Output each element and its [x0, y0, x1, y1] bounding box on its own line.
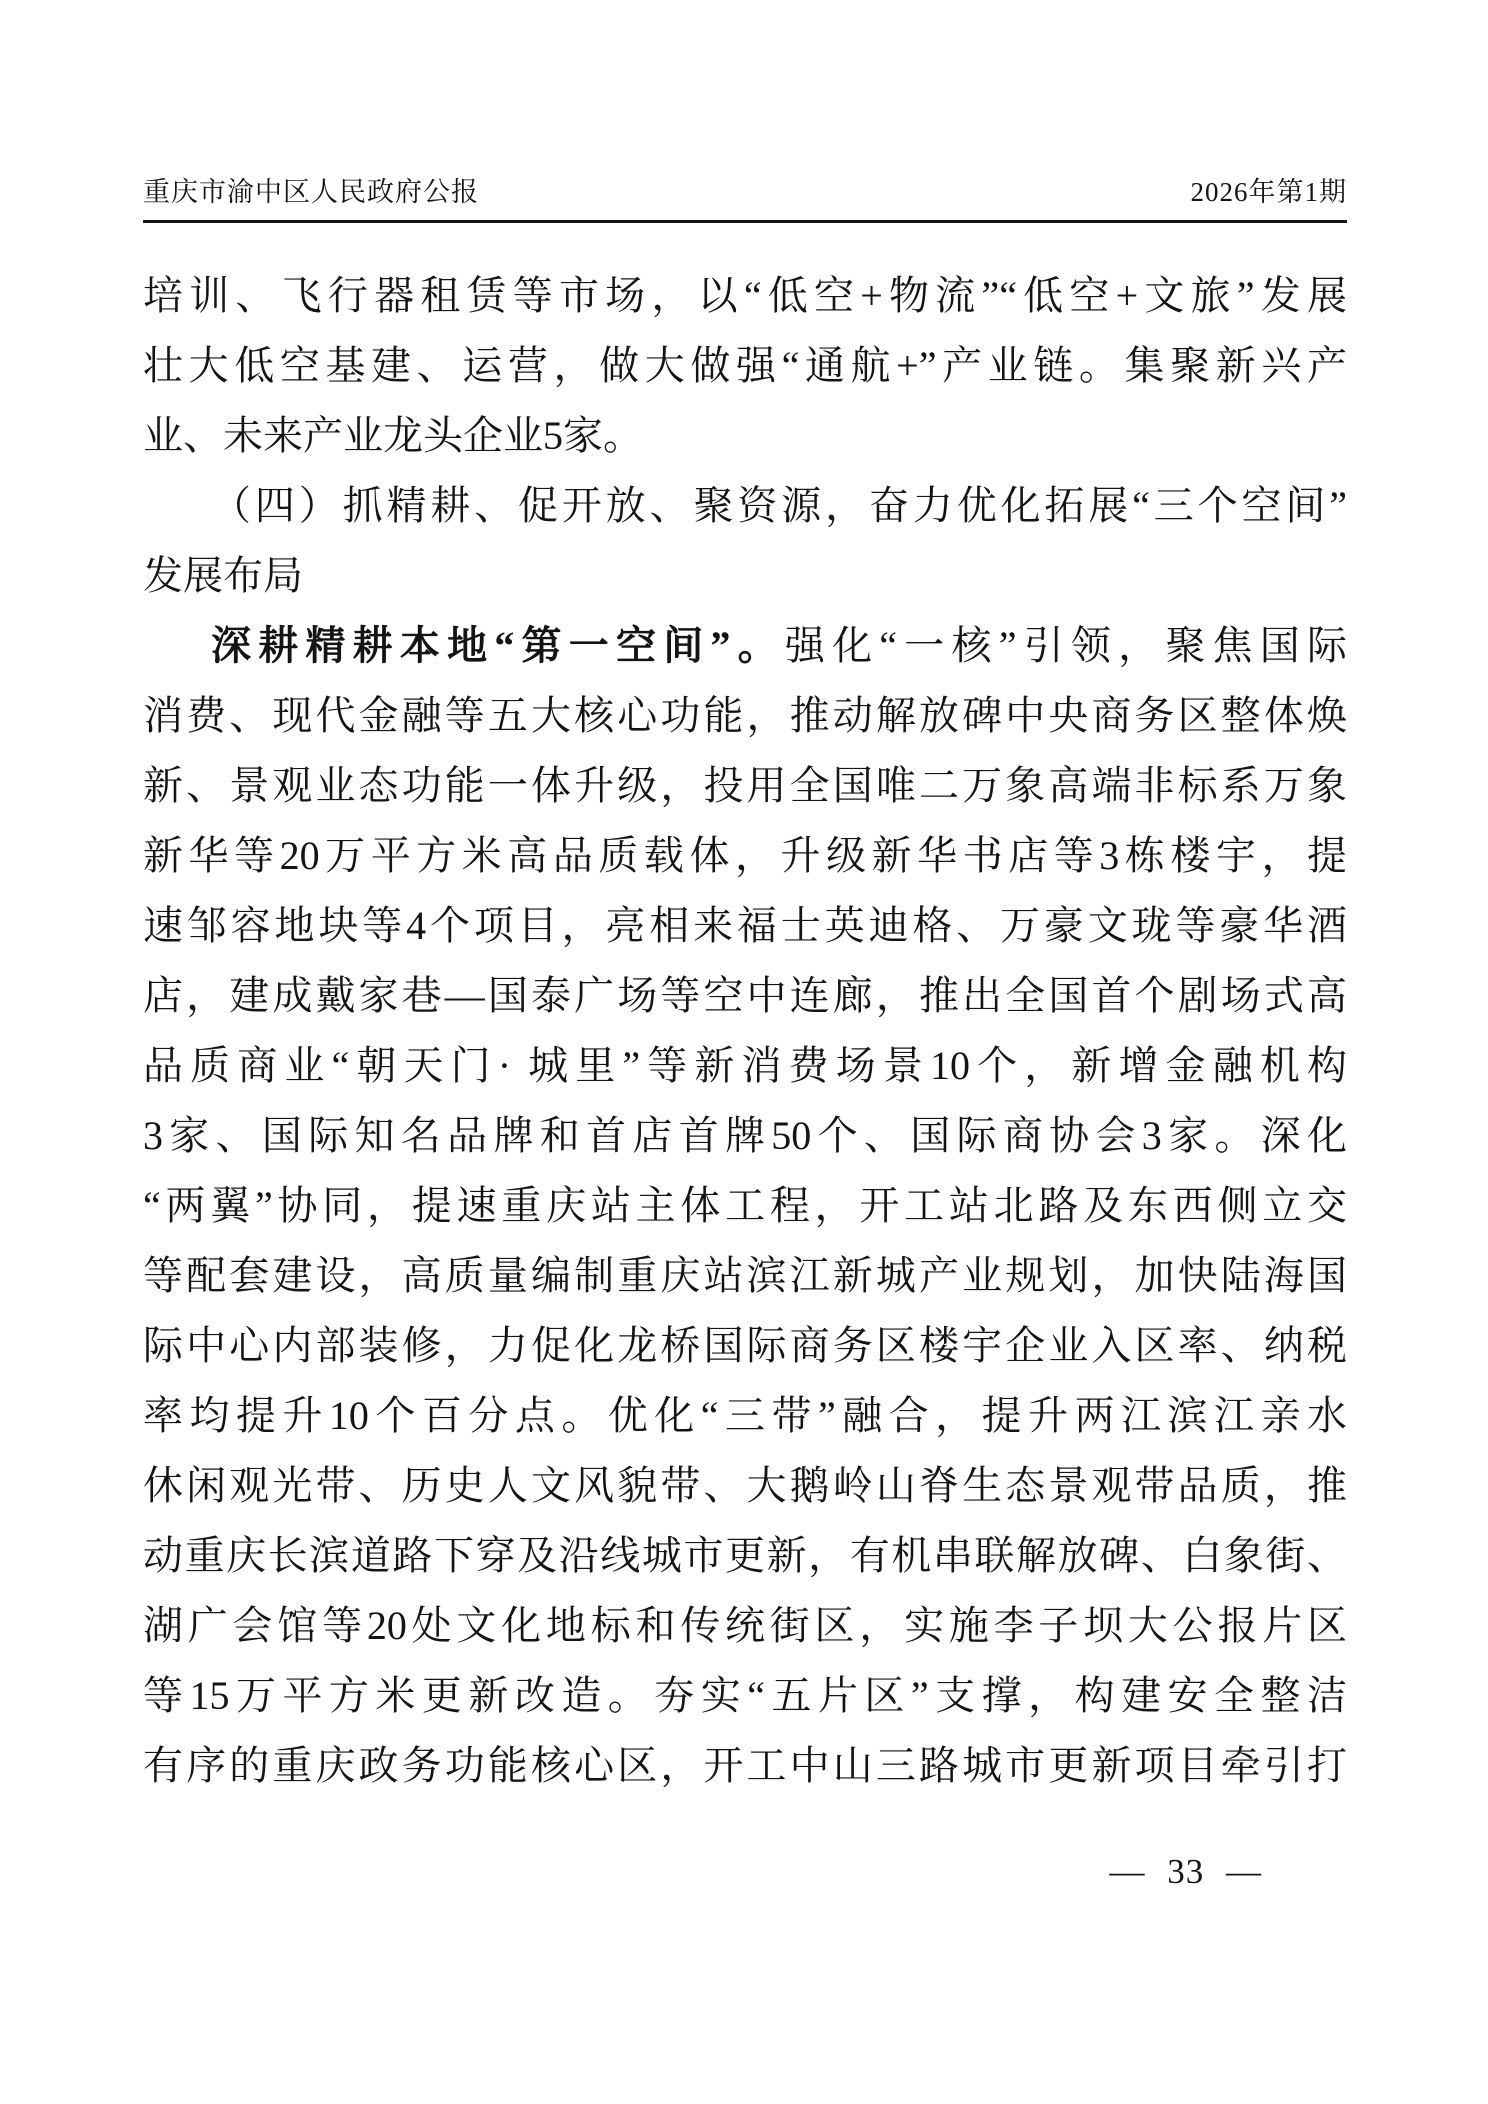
body-line: 际中心内部装修，力促化龙桥国际商务区楼宇企业入区率、纳税 [143, 1311, 1347, 1381]
body-line: 壮大低空基建、运营，做大做强“通航+”产业链。集聚新兴产 [143, 331, 1347, 401]
body-line-bold-lead: 深耕精耕本地“第一空间”。 [211, 623, 785, 668]
body-line: 新、景观业态功能一体升级，投用全国唯二万象高端非标系万象 [143, 751, 1347, 821]
body-line-section-heading: （四）抓精耕、促开放、聚资源，奋力优化拓展“三个空间” [143, 471, 1347, 541]
body-line-text: 强化“一核”引领，聚焦国际 [785, 623, 1347, 668]
header-publication-title: 重庆市渝中区人民政府公报 [143, 176, 479, 208]
body-line: 业、未来产业龙头企业5家。 [143, 401, 1347, 471]
header-issue-label: 2026年第1期 [1191, 176, 1348, 208]
body-line: 速邹容地块等4个项目，亮相来福士英迪格、万豪文珑等豪华酒 [143, 891, 1347, 961]
body-line: 3家、国际知名品牌和首店首牌50个、国际商协会3家。深化 [143, 1101, 1347, 1171]
body-line: 有序的重庆政务功能核心区，开工中山三路城市更新项目牵引打 [143, 1731, 1347, 1801]
document-body: 培训、飞行器租赁等市场，以“低空+物流”“低空+文旅”发展 壮大低空基建、运营，… [143, 261, 1347, 1801]
body-line: 动重庆长滨道路下穿及沿线城市更新，有机串联解放碑、白象街、 [143, 1521, 1347, 1591]
body-line: 新华等20万平方米高品质载体，升级新华书店等3栋楼宇，提 [143, 821, 1347, 891]
body-line: 品质商业“朝天门· 城里”等新消费场景10个，新增金融机构 [143, 1031, 1347, 1101]
body-line: 湖广会馆等20处文化地标和传统街区，实施李子坝大公报片区 [143, 1591, 1347, 1661]
body-line-section-heading: 发展布局 [143, 541, 1347, 611]
body-line: 休闲观光带、历史人文风貌带、大鹅岭山脊生态景观带品质，推 [143, 1451, 1347, 1521]
body-line: 深耕精耕本地“第一空间”。强化“一核”引领，聚焦国际 [143, 611, 1347, 681]
body-line: 培训、飞行器租赁等市场，以“低空+物流”“低空+文旅”发展 [143, 261, 1347, 331]
body-line: 店，建成戴家巷—国泰广场等空中连廊，推出全国首个剧场式高 [143, 961, 1347, 1031]
body-line: 等15万平方米更新改造。夯实“五片区”支撑，构建安全整洁 [143, 1661, 1347, 1731]
gazette-page: 重庆市渝中区人民政府公报 2026年第1期 培训、飞行器租赁等市场，以“低空+物… [0, 0, 1488, 2104]
page-number: — 33 — [1110, 1852, 1263, 1892]
body-line: “两翼”协同，提速重庆站主体工程，开工站北路及东西侧立交 [143, 1171, 1347, 1241]
page-header: 重庆市渝中区人民政府公报 2026年第1期 [143, 0, 1347, 208]
body-line: 等配套建设，高质量编制重庆站滨江新城产业规划，加快陆海国 [143, 1241, 1347, 1311]
body-line: 消费、现代金融等五大核心功能，推动解放碑中央商务区整体焕 [143, 681, 1347, 751]
body-line: 率均提升10个百分点。优化“三带”融合，提升两江滨江亲水 [143, 1381, 1347, 1451]
header-divider [143, 220, 1347, 223]
